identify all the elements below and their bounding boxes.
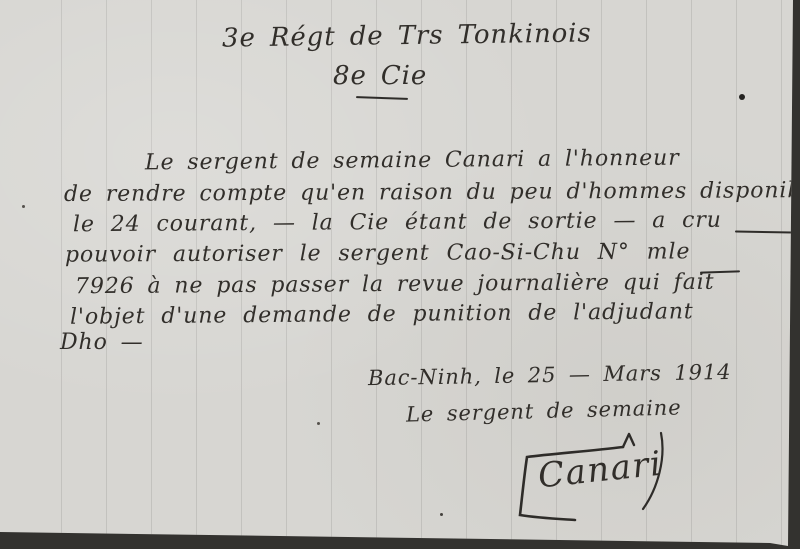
body-line: pouvoir autoriser le sergent Cao-Si-Chu … bbox=[65, 240, 690, 267]
place-and-date-line: Bac-Ninh, le 25 — Mars 1914 bbox=[368, 361, 732, 390]
body-line: Dho — bbox=[60, 331, 144, 355]
ink-speck bbox=[739, 94, 745, 100]
ink-speck bbox=[22, 205, 25, 208]
scanned-handwritten-note: { "page": { "colors": { "paper": "#d7d6d… bbox=[0, 0, 800, 549]
body-line: Le sergent de semaine Canari a l'honneur bbox=[145, 147, 680, 176]
body-line: de rendre compte qu'en raison du peu d'h… bbox=[64, 179, 800, 207]
ink-speck bbox=[440, 513, 443, 516]
body-line: l'objet d'une demande de punition de l'a… bbox=[70, 300, 694, 330]
body-line: 7926 à ne pas passer la revue journalièr… bbox=[75, 271, 715, 300]
company-title: 8e Cie bbox=[333, 62, 427, 91]
regiment-title: 3e Régt de Trs Tonkinois bbox=[222, 19, 592, 53]
trailing-dash-stroke bbox=[735, 230, 793, 233]
ink-speck bbox=[317, 422, 320, 425]
body-line: le 24 courant, — la Cie étant de sortie … bbox=[73, 209, 722, 238]
paper-sheet: 3e Régt de Trs Tonkinois 8e Cie Le serge… bbox=[0, 0, 800, 549]
company-underline-stroke bbox=[356, 96, 408, 100]
